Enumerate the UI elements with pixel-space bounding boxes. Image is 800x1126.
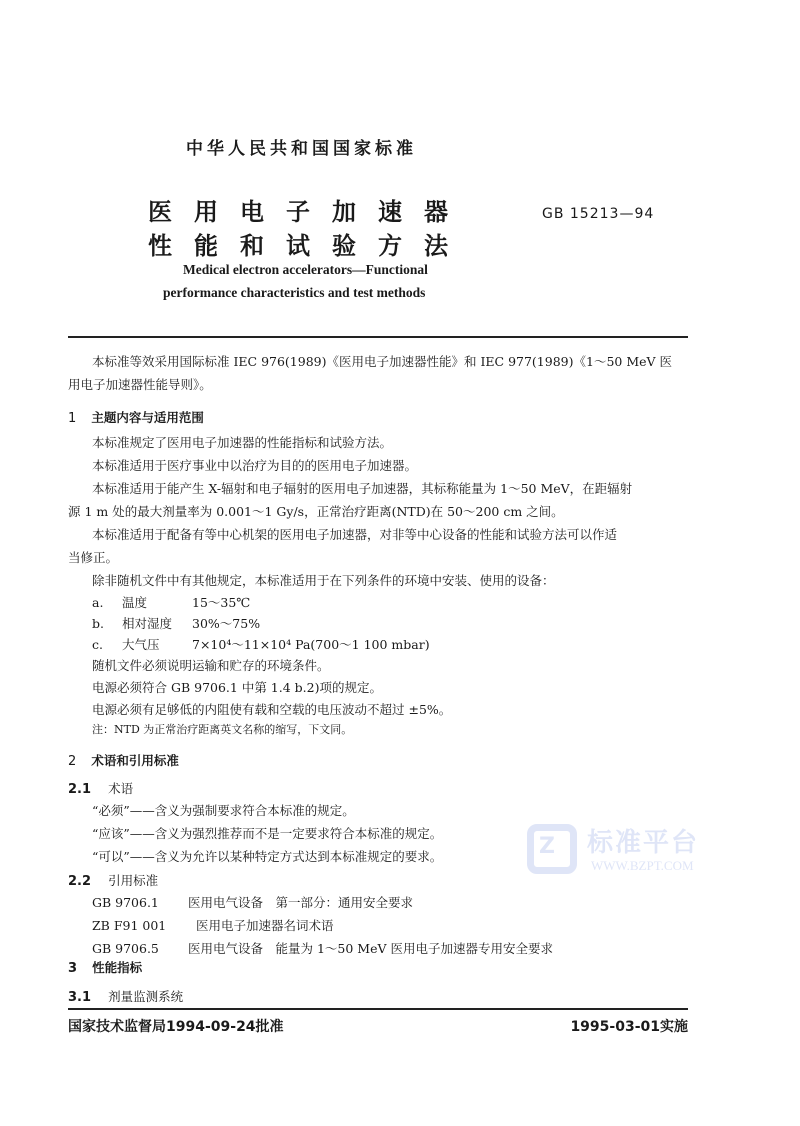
- subsection-title: 术语: [108, 781, 133, 796]
- footer-divider: [68, 1008, 688, 1010]
- condition-label: b.: [92, 616, 122, 631]
- section1-note: 注：NTD 为正常治疗距离英文名称的缩写，下文同。: [92, 721, 352, 737]
- reference-code: GB 9706.1: [92, 895, 188, 910]
- title-cn-line1: 医用电子加速器: [148, 192, 470, 227]
- intro-line1: 本标准等效采用国际标准 IEC 976(1989)《医用电子加速器性能》和 IE…: [92, 352, 672, 370]
- reference-title: 医用电子加速器名词术语: [196, 918, 334, 933]
- reference-code: ZB F91 001: [92, 918, 196, 933]
- reference-item: GB 9706.1医用电气设备 第一部分：通用安全要求: [92, 893, 413, 911]
- section1-para: 本标准规定了医用电子加速器的性能指标和试验方法。: [92, 433, 392, 451]
- title-en-line1: Medical electron accelerators—Functional: [183, 262, 428, 278]
- reference-title: 医用电气设备 第一部分：通用安全要求: [188, 895, 413, 910]
- subsection-number: 3.1: [68, 990, 91, 1005]
- subsection-number: 2.1: [68, 782, 91, 797]
- condition-label: c.: [92, 637, 122, 652]
- title-cn-line2: 性能和试验方法: [148, 226, 470, 261]
- condition-value: 30%～75%: [192, 616, 260, 631]
- section-title: 术语和引用标准: [91, 753, 179, 768]
- section-number: 2: [68, 754, 76, 769]
- section1-para: 本标准适用于能产生 X-辐射和电子辐射的医用电子加速器，其标称能量为 1～50 …: [92, 479, 632, 497]
- section1-heading: 1 主题内容与适用范围: [68, 407, 204, 426]
- term-item: “必须”——含义为强制要求符合本标准的规定。: [92, 801, 355, 819]
- condition-name: 大气压: [122, 635, 192, 653]
- section3-heading: 3 性能指标: [68, 957, 142, 976]
- watermark-logo-letter: Z: [539, 834, 555, 859]
- term-item: “可以”——含义为允许以某种特定方式达到本标准规定的要求。: [92, 847, 442, 865]
- condition-value: 15～35℃: [192, 595, 250, 610]
- subsection-number: 2.2: [68, 874, 91, 889]
- condition-value: 7×10⁴～11×10⁴ Pa(700～1 100 mbar): [192, 637, 430, 652]
- condition-name: 温度: [122, 593, 192, 611]
- section1-after: 电源必须有足够低的内阻使有载和空载的电压波动不超过 ±5%。: [92, 700, 451, 718]
- standard-code: GB 15213—94: [542, 206, 654, 222]
- subsection-3-1-heading: 3.1 剂量监测系统: [68, 986, 183, 1005]
- subsection-title: 剂量监测系统: [108, 989, 183, 1004]
- subsection-2-2-heading: 2.2 引用标准: [68, 870, 158, 889]
- intro-line2: 用电子加速器性能导则》。: [68, 375, 212, 393]
- header-divider: [68, 336, 688, 338]
- effective-date: 1995-03-01实施: [570, 1016, 688, 1036]
- term-item: “应该”——含义为强烈推荐而不是一定要求符合本标准的规定。: [92, 824, 442, 842]
- condition-name: 相对湿度: [122, 614, 192, 632]
- section1-para: 本标准适用于配备有等中心机架的医用电子加速器，对非等中心设备的性能和试验方法可以…: [92, 525, 617, 543]
- reference-title: 医用电气设备 能量为 1～50 MeV 医用电子加速器专用安全要求: [188, 941, 553, 956]
- condition-item: a.温度15～35℃: [92, 593, 250, 611]
- watermark-cn-text: 标准平台: [587, 822, 699, 859]
- reference-item: GB 9706.5医用电气设备 能量为 1～50 MeV 医用电子加速器专用安全…: [92, 939, 553, 957]
- section1-after: 电源必须符合 GB 9706.1 中第 1.4 b.2)项的规定。: [92, 678, 382, 696]
- condition-item: b.相对湿度30%～75%: [92, 614, 260, 632]
- title-en-line2: performance characteristics and test met…: [163, 285, 425, 301]
- reference-item: ZB F91 001医用电子加速器名词术语: [92, 916, 334, 934]
- watermark-url: WWW.BZPT.COM: [591, 858, 694, 874]
- section2-heading: 2 术语和引用标准: [68, 750, 179, 769]
- subsection-title: 引用标准: [108, 873, 158, 888]
- section1-para: 源 1 m 处的最大剂量率为 0.001～1 Gy/s，正常治疗距离(NTD)在…: [68, 502, 564, 520]
- section1-para: 本标准适用于医疗事业中以治疗为目的的医用电子加速器。: [92, 456, 417, 474]
- approval-date: 国家技术监督局1994-09-24批准: [68, 1016, 284, 1036]
- condition-label: a.: [92, 595, 122, 610]
- section-title: 性能指标: [92, 960, 142, 975]
- section-title: 主题内容与适用范围: [91, 410, 204, 425]
- section1-after: 随机文件必须说明运输和贮存的环境条件。: [92, 656, 330, 674]
- section1-para: 除非随机文件中有其他规定，本标准适用于在下列条件的环境中安装、使用的设备：: [92, 571, 555, 589]
- reference-code: GB 9706.5: [92, 941, 188, 956]
- watermark: Z 标准平台 WWW.BZPT.COM: [527, 822, 727, 882]
- section1-para: 当修正。: [68, 548, 118, 566]
- section-number: 3: [68, 961, 77, 976]
- country-standard-heading: 中华人民共和国国家标准: [186, 134, 417, 159]
- subsection-2-1-heading: 2.1 术语: [68, 778, 133, 797]
- section-number: 1: [68, 411, 76, 426]
- condition-item: c.大气压7×10⁴～11×10⁴ Pa(700～1 100 mbar): [92, 635, 430, 653]
